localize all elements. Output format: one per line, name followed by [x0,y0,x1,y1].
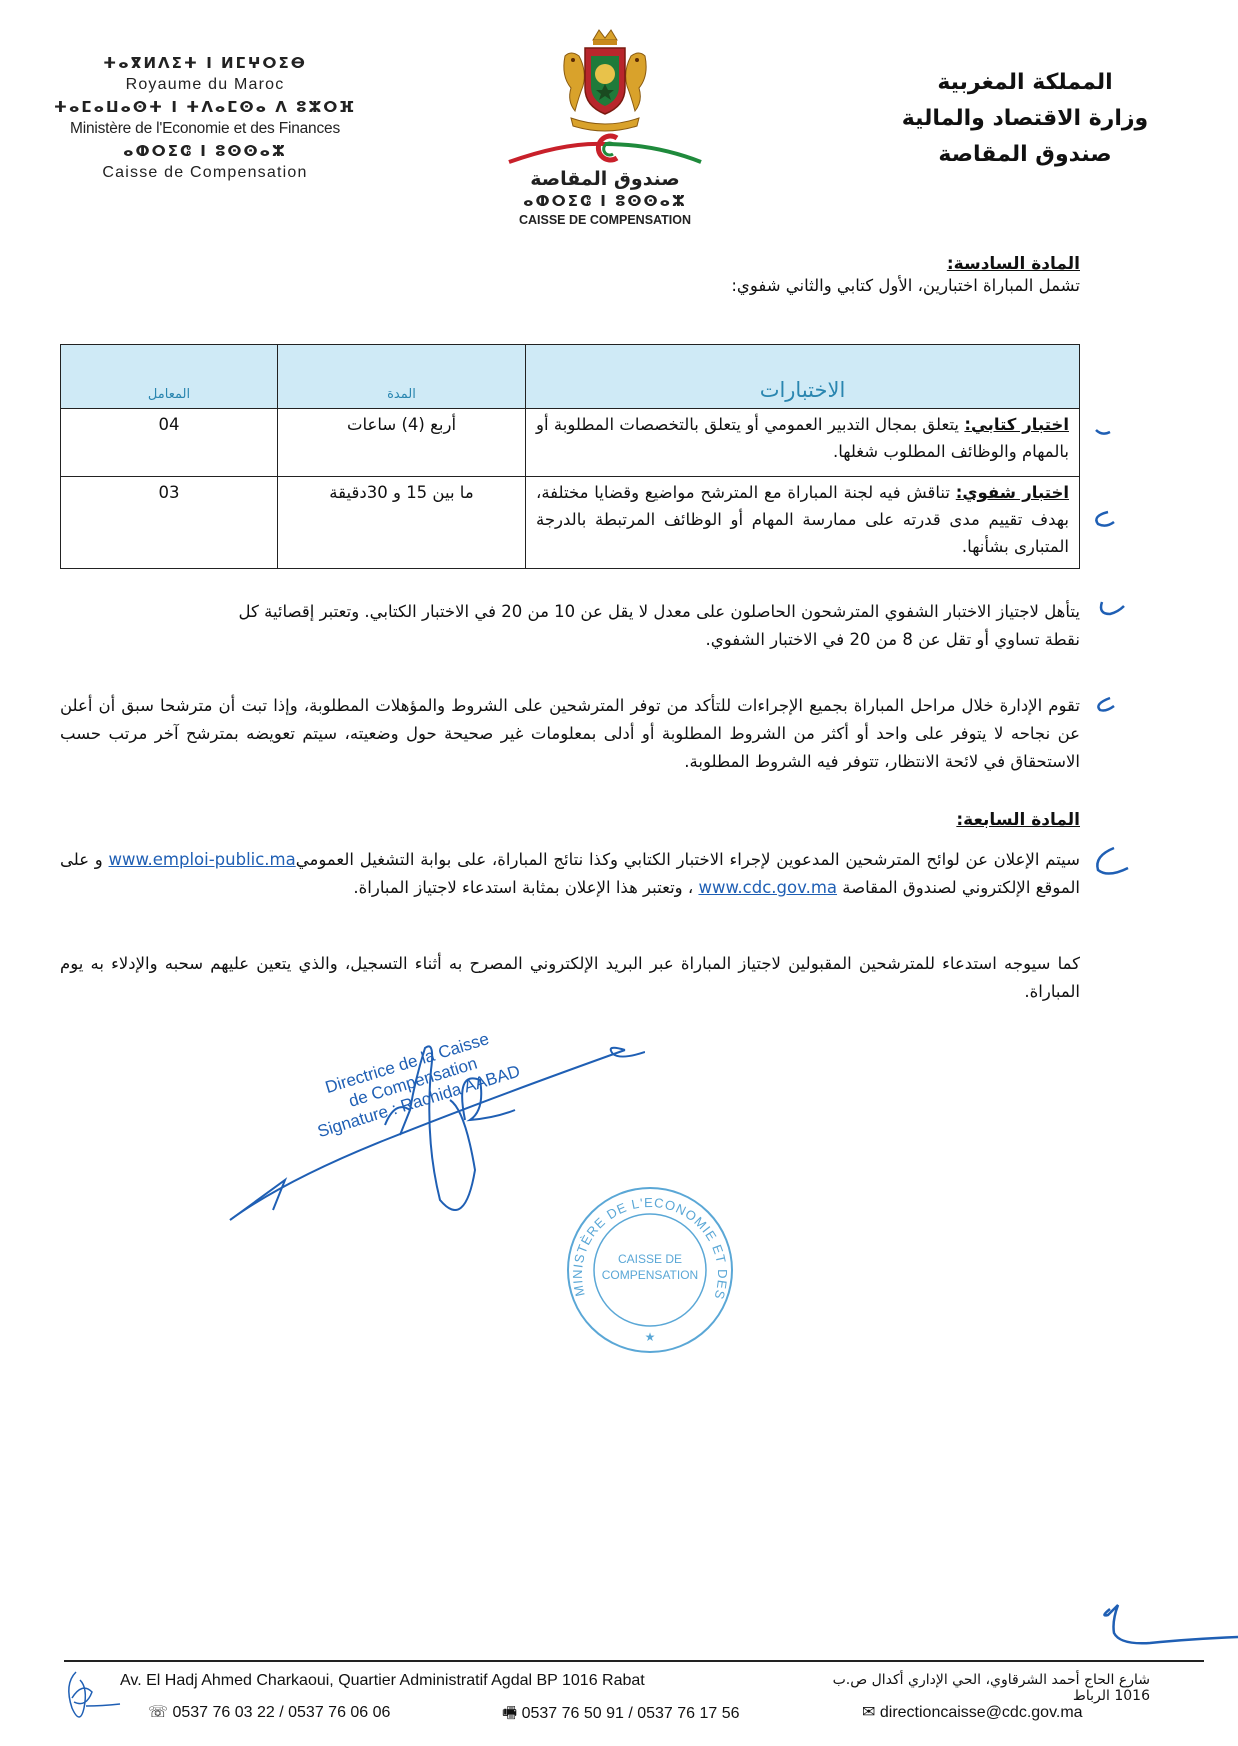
tifinagh-kingdom: ⵜⴰⴳⵍⴷⵉⵜ ⵏ ⵍⵎⵖⵔⵉⴱ [40,52,370,74]
article-6-title: المادة السادسة: [300,254,1080,274]
svg-text:★: ★ [645,1330,656,1344]
article-7-title: المادة السابعة: [700,810,1080,830]
kingdom-arabic: المملكة المغربية [880,66,1170,100]
header-left-block: ⵜⴰⴳⵍⴷⵉⵜ ⵏ ⵍⵎⵖⵔⵉⴱ Royaume du Maroc ⵜⴰⵎⴰⵡⴰ… [40,52,370,184]
column-header-exams: الاختبارات [526,345,1080,409]
eligibility-paragraph: يتأهل لاجتياز الاختبار الشفوي المترشحون … [220,598,1080,654]
kingdom-label: Royaume du Maroc [40,74,370,96]
email-icon: ✉ [862,1704,875,1721]
footer-address-fr: Av. El Hadj Ahmed Charkaoui, Quartier Ad… [120,1672,645,1690]
footer-email: ✉ directioncaisse@cdc.gov.ma [862,1702,1083,1722]
announcement-text-part-1: سيتم الإعلان عن لوائح المترشحين المدعوين… [296,850,1080,869]
exams-table: الاختبارات المدة المعامل اختبار كتابي: ي… [60,344,1080,569]
caisse-label: Caisse de Compensation [40,162,370,184]
column-header-duration: المدة [278,345,526,409]
institution-logo: صندوق المقاصة ⴰⵀⵔⵉⵛ ⵏ ⵓⵙⵙⴰⵣ CAISSE DE CO… [490,26,720,231]
footer-logo-mark-icon [62,1668,122,1728]
seal-inner-text: CAISSE DE COMPENSATION [563,1251,737,1283]
phone-icon: ☏ [148,1704,168,1721]
table-row: اختبار شفوي: تناقش فيه لجنة المباراة مع … [61,477,1080,569]
article-6-intro: تشمل المباراة اختبارين، الأول كتابي والث… [300,272,1080,300]
fax-icon: 🖷 [502,1705,517,1722]
emploi-public-link[interactable]: www.emploi-public.ma [109,850,296,869]
verification-paragraph: تقوم الإدارة خلال مراحل المباراة بجميع ا… [60,692,1080,776]
tifinagh-ministry: ⵜⴰⵎⴰⵡⴰⵙⵜ ⵏ ⵜⴷⴰⵎⵙⴰ ⴷ ⵓⵣⵔⴼ [40,96,370,118]
logo-english-name: CAISSE DE COMPENSATION [490,213,720,227]
initials-mark-icon [1090,1595,1238,1655]
exam-label: اختبار شفوي: [956,483,1069,502]
exam-duration: ما بين 15 و 30دقيقة [278,477,526,569]
caisse-arabic: صندوق المقاصة [880,138,1170,172]
exam-description-cell: اختبار كتابي: يتعلق بمجال التدبير العموم… [526,409,1080,477]
footer-phones: ☏ 0537 76 03 22 / 0537 76 06 06 [148,1702,390,1722]
exam-description-cell: اختبار شفوي: تناقش فيه لجنة المباراة مع … [526,477,1080,569]
cdc-website-link[interactable]: www.cdc.gov.ma [698,878,837,897]
table-header-row: الاختبارات المدة المعامل [61,345,1080,409]
column-header-coefficient: المعامل [61,345,278,409]
ministry-label: Ministère de l'Economie et des Finances [40,118,370,140]
tifinagh-caisse: ⴰⵀⵔⵉⵛ ⵏ ⵓⵙⵙⴰⵣ [40,140,370,162]
article-6-heading-block: المادة السادسة: تشمل المباراة اختبارين، … [300,254,1080,300]
ministry-seal: MINISTÈRE DE L'ECONOMIE ET DES FINANCES … [563,1183,737,1357]
exam-duration: أربع (4) ساعات [278,409,526,477]
exam-label: اختبار كتابي: [964,415,1069,434]
footer-fax: 🖷 0537 76 50 91 / 0537 76 17 56 [502,1702,740,1729]
seal-inner-line-1: CAISSE DE [563,1251,737,1267]
announcement-text-part-3: ، وتعتبر هذا الإعلان بمثابة استدعاء لاجت… [353,878,698,897]
logo-arabic-name: صندوق المقاصة [490,168,720,190]
footer-divider [64,1660,1204,1662]
fax-numbers: 0537 76 50 91 / 0537 76 17 56 [522,1705,740,1722]
header-right-block: المملكة المغربية وزارة الاقتصاد والمالية… [880,66,1170,174]
seal-inner-line-2: COMPENSATION [563,1267,737,1283]
email-address[interactable]: directioncaisse@cdc.gov.ma [880,1704,1083,1721]
coat-of-arms-icon [557,26,653,136]
phone-numbers: 0537 76 03 22 / 0537 76 06 06 [172,1704,390,1721]
exam-coefficient: 04 [61,409,278,477]
exam-coefficient: 03 [61,477,278,569]
announcement-paragraph: سيتم الإعلان عن لوائح المترشحين المدعوين… [60,846,1080,902]
logo-tifinagh-name: ⴰⵀⵔⵉⵛ ⵏ ⵓⵙⵙⴰⵣ [490,192,720,210]
convocation-paragraph: كما سيوجه استدعاء للمترشحين المقبولين لا… [60,950,1080,1006]
margin-check-marks-icon [1088,420,1138,880]
footer-address-ar: شارع الحاج أحمد الشرقاوي، الحي الإداري أ… [820,1672,1150,1704]
ministry-arabic: وزارة الاقتصاد والمالية [880,102,1170,136]
caisse-emblem-icon [505,132,705,166]
table-row: اختبار كتابي: يتعلق بمجال التدبير العموم… [61,409,1080,477]
